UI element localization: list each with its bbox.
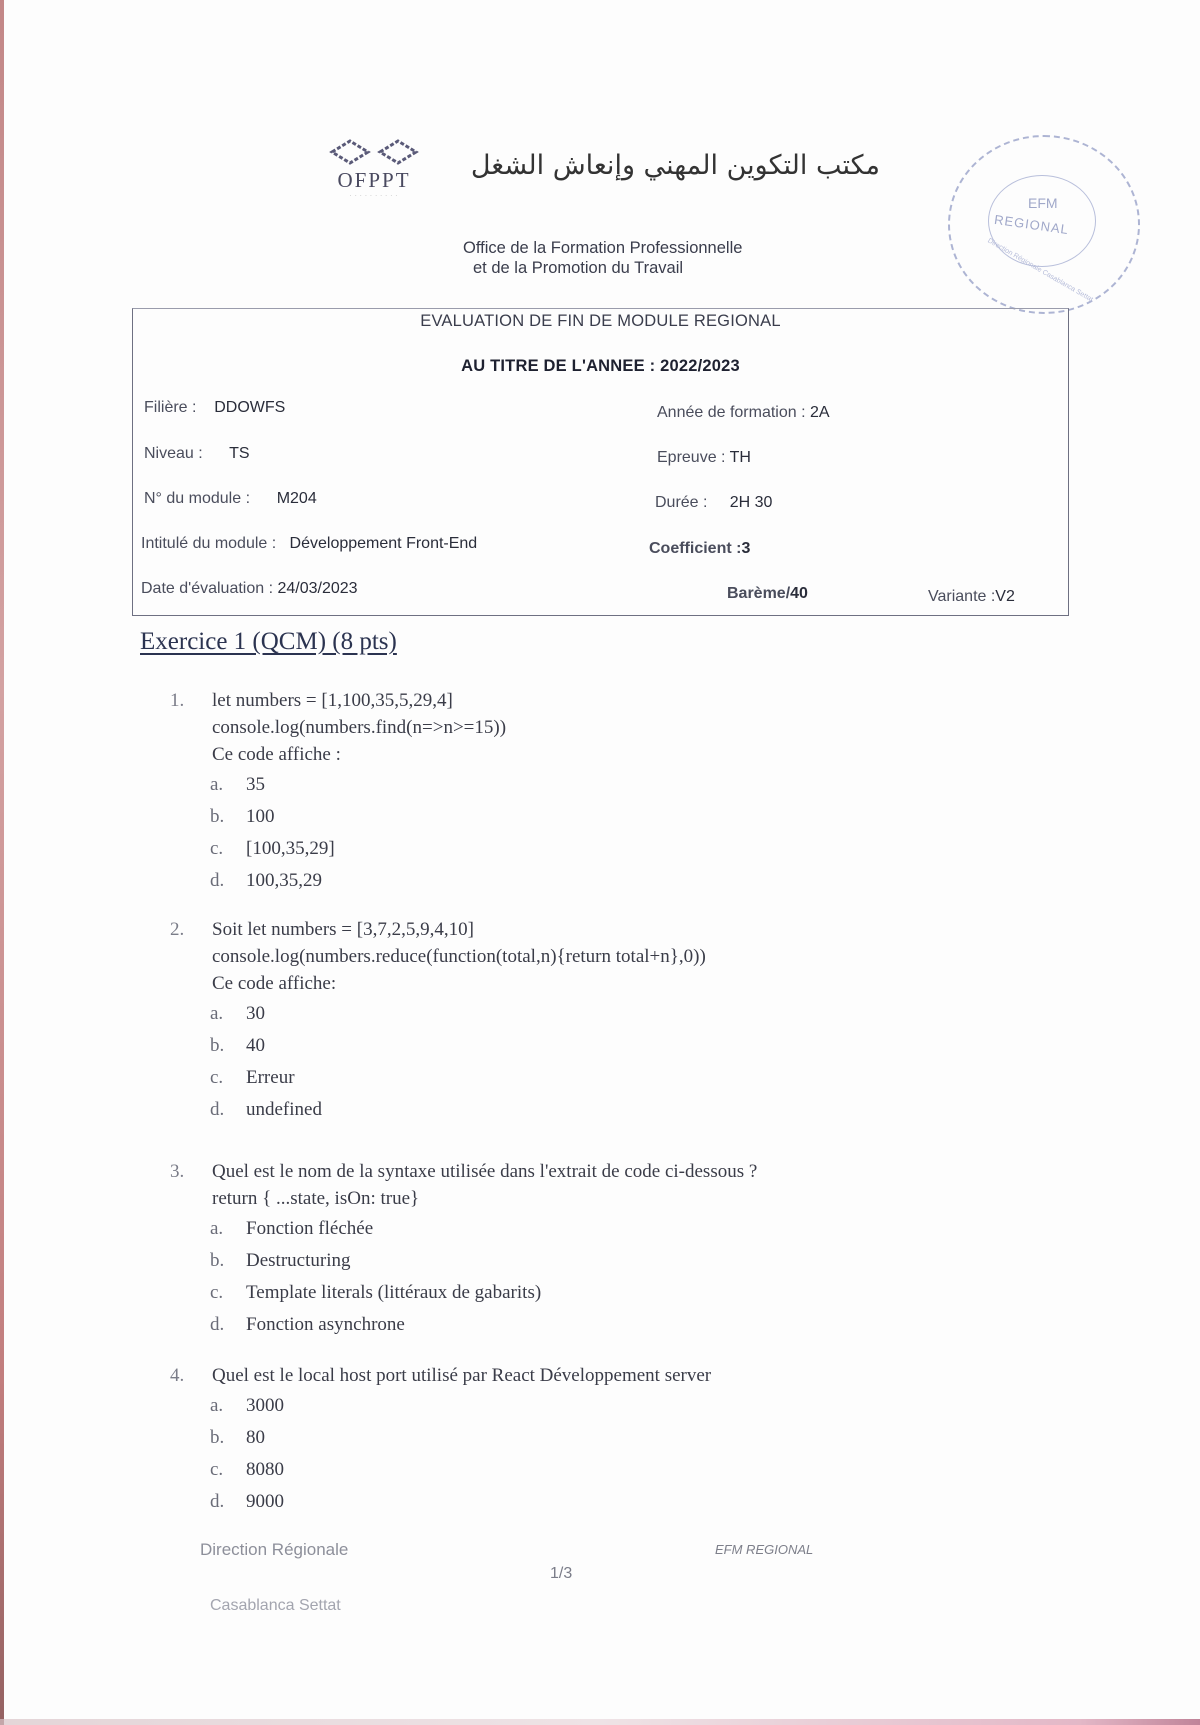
efm-regional-stamp: EFM REGIONAL Direction Régionale Casabla… <box>948 135 1140 314</box>
option-c: c.Erreur <box>170 1061 706 1093</box>
question-line: return { ...state, isOn: true} <box>170 1185 757 1212</box>
field-bareme: Barème/40 <box>727 585 808 603</box>
option-a: a.3000 <box>170 1389 711 1421</box>
field-date: Date d'évaluation : 24/03/2023 <box>141 580 358 598</box>
office-line-1: Office de la Formation Professionnelle <box>463 238 742 258</box>
exercise-title: Exercice 1 (QCM) (8 pts) <box>140 628 397 656</box>
question-2: 2.Soit let numbers = [3,7,2,5,9,4,10] co… <box>170 916 706 1125</box>
field-filiere: Filière : DDOWFS <box>144 399 285 417</box>
question-line: let numbers = [1,100,35,5,29,4] <box>212 687 453 714</box>
question-line: Ce code affiche: <box>170 970 706 997</box>
footer-efm: EFM REGIONAL <box>715 1542 813 1557</box>
option-d: d.100,35,29 <box>170 864 506 896</box>
scan-edge-left <box>0 0 4 1725</box>
option-c: c.[100,35,29] <box>170 832 506 864</box>
question-number: 1. <box>170 687 212 714</box>
question-line: Quel est le local host port utilisé par … <box>212 1362 711 1389</box>
option-a: a.30 <box>170 997 706 1029</box>
footer-region: Casablanca Settat <box>210 1597 341 1615</box>
question-3: 3.Quel est le nom de la syntaxe utilisée… <box>170 1158 757 1340</box>
exam-title: EVALUATION DE FIN DE MODULE REGIONAL <box>133 312 1068 331</box>
option-d: d.undefined <box>170 1093 706 1125</box>
arabic-title: مكتب التكوين المهني وإنعاش الشغل <box>470 150 880 181</box>
question-number: 4. <box>170 1362 212 1389</box>
question-number: 2. <box>170 916 212 943</box>
option-c: c.Template literals (littéraux de gabari… <box>170 1276 757 1308</box>
option-c: c.8080 <box>170 1453 711 1485</box>
option-b: b.40 <box>170 1029 706 1061</box>
option-d: d.Fonction asynchrone <box>170 1308 757 1340</box>
question-line: console.log(numbers.reduce(function(tota… <box>170 943 706 970</box>
exam-year: AU TITRE DE L'ANNEE : 2022/2023 <box>133 357 1068 376</box>
office-name: Office de la Formation Professionnelle e… <box>463 238 742 278</box>
logo-tagline: · · · · · · · · · · <box>322 193 426 199</box>
footer-direction: Direction Régionale <box>200 1540 348 1560</box>
question-line: Quel est le nom de la syntaxe utilisée d… <box>212 1158 757 1185</box>
field-num-module: N° du module : M204 <box>144 490 317 508</box>
option-d: d.9000 <box>170 1485 711 1517</box>
option-b: b.100 <box>170 800 506 832</box>
field-variante: Variante :V2 <box>928 588 1015 606</box>
ofppt-diamonds-icon <box>328 138 420 166</box>
question-line: Ce code affiche : <box>170 741 506 768</box>
field-duree: Durée : 2H 30 <box>655 494 772 512</box>
stamp-line-1: EFM <box>1028 195 1058 211</box>
ofppt-logo: OFPPT · · · · · · · · · · <box>322 138 426 199</box>
field-intitule: Intitulé du module : Développement Front… <box>141 535 477 553</box>
question-1: 1.let numbers = [1,100,35,5,29,4] consol… <box>170 687 506 896</box>
field-epreuve: Epreuve : TH <box>657 449 751 467</box>
field-niveau: Niveau : TS <box>144 445 250 463</box>
option-a: a.Fonction fléchée <box>170 1212 757 1244</box>
question-number: 3. <box>170 1158 212 1185</box>
option-b: b.Destructuring <box>170 1244 757 1276</box>
option-a: a.35 <box>170 768 506 800</box>
logo-name: OFPPT <box>322 168 426 193</box>
field-annee-formation: Année de formation : 2A <box>657 404 830 422</box>
question-line: Soit let numbers = [3,7,2,5,9,4,10] <box>212 916 474 943</box>
exam-info-box: EVALUATION DE FIN DE MODULE REGIONAL AU … <box>132 308 1069 616</box>
field-coefficient: Coefficient :3 <box>649 540 750 558</box>
option-b: b.80 <box>170 1421 711 1453</box>
office-line-2: et de la Promotion du Travail <box>463 258 742 278</box>
scan-edge-bottom <box>0 1719 1200 1725</box>
footer-page-number: 1/3 <box>550 1565 572 1583</box>
question-line: console.log(numbers.find(n=>n>=15)) <box>170 714 506 741</box>
question-4: 4.Quel est le local host port utilisé pa… <box>170 1362 711 1517</box>
